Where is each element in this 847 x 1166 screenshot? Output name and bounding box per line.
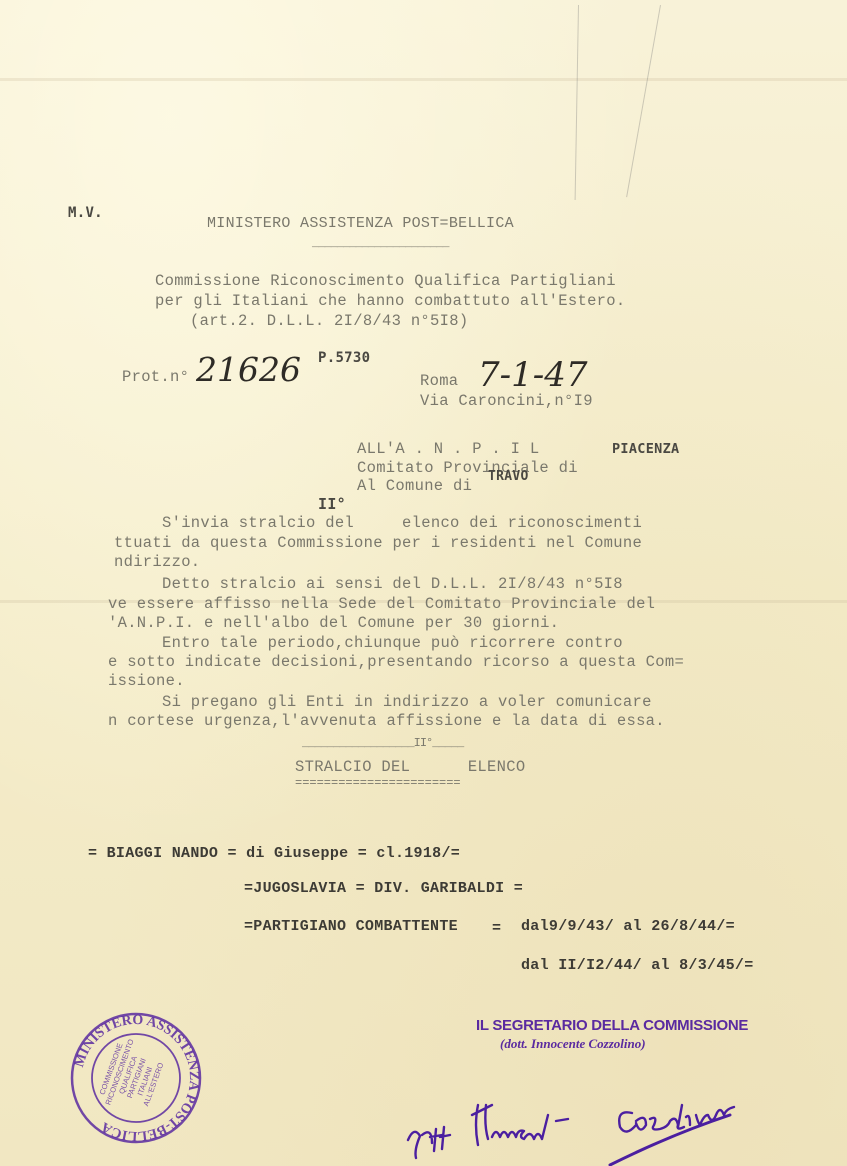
entry-line-3-mark: = bbox=[492, 920, 501, 937]
commission-line-3: (art.2. D.L.L. 2I/8/43 n°5I8) bbox=[190, 312, 468, 330]
entry-line-1: = BIAGGI NANDO = di Giuseppe = cl.1918/= bbox=[88, 845, 460, 862]
initials: M.V. bbox=[68, 205, 103, 221]
body-line: Entro tale periodo,chiunque può ricorrer… bbox=[162, 634, 623, 652]
p-number: P.5730 bbox=[318, 350, 370, 366]
entry-line-3-label: =PARTIGIANO COMBATTENTE bbox=[244, 918, 458, 935]
ministry-stamp-icon: MINISTERO ASSISTENZA POST-BELLICA COMMIS… bbox=[68, 1010, 204, 1146]
ministry-title: MINISTERO ASSISTENZA POST=BELLICA bbox=[207, 215, 514, 232]
entry-line-2: =JUGOSLAVIA = DIV. GARIBALDI = bbox=[244, 880, 523, 897]
recipient-line-3: Al Comune di bbox=[357, 477, 472, 495]
body-line: 'A.N.P.I. e nell'albo del Comune per 30 … bbox=[108, 614, 559, 632]
body-line: S'invia stralcio del elenco dei riconosc… bbox=[162, 514, 642, 532]
prot-number-handwritten: 21626 bbox=[196, 350, 301, 389]
recipient-province: PIACENZA bbox=[612, 441, 679, 457]
secretary-title: IL SEGRETARIO DELLA COMMISSIONE bbox=[476, 1017, 748, 1034]
section-double-rule: ======================= bbox=[295, 776, 461, 790]
entry-line-4-period: dal II/I2/44/ al 8/3/45/= bbox=[521, 957, 754, 974]
body-line: ndirizzo. bbox=[114, 553, 200, 571]
section-rule: __________________II°_____ bbox=[302, 736, 463, 750]
date-handwritten: 7-1-47 bbox=[478, 355, 588, 395]
list-number: II° bbox=[318, 495, 346, 513]
prot-label: Prot.n° bbox=[122, 368, 189, 386]
entry-line-3-period: dal9/9/43/ al 26/8/44/= bbox=[521, 918, 735, 935]
address: Via Caroncini,n°I9 bbox=[420, 392, 593, 410]
recipient-comune: TRAVO bbox=[488, 469, 529, 484]
section-title: STRALCIO DEL ELENCO bbox=[295, 758, 525, 776]
commission-line-2: per gli Italiani che hanno combattuto al… bbox=[155, 292, 625, 310]
body-line: e sotto indicate decisioni,presentando r… bbox=[108, 653, 684, 671]
signature-icon bbox=[400, 1075, 770, 1166]
city-label: Roma bbox=[420, 372, 458, 390]
recipient-line-2: Comitato Provinciale di bbox=[357, 459, 578, 477]
paper-fold-line bbox=[0, 78, 847, 81]
body-line: Detto stralcio ai sensi del D.L.L. 2I/8/… bbox=[162, 575, 623, 593]
body-line: Si pregano gli Enti in indirizzo a voler… bbox=[162, 693, 652, 711]
body-line: n cortese urgenza,l'avvenuta affissione … bbox=[108, 712, 665, 730]
header-rule: ______________________ bbox=[312, 236, 448, 250]
commission-line-1: Commissione Riconoscimento Qualifica Par… bbox=[155, 272, 616, 290]
recipient-line-1: ALL'A . N . P . I L bbox=[357, 440, 539, 458]
body-line: ve essere affisso nella Sede del Comitat… bbox=[108, 595, 655, 613]
body-line: issione. bbox=[108, 672, 185, 690]
body-line: ttuati da questa Commissione per i resid… bbox=[114, 534, 642, 552]
secretary-name: (dott. Innocente Cozzolino) bbox=[500, 1036, 646, 1052]
